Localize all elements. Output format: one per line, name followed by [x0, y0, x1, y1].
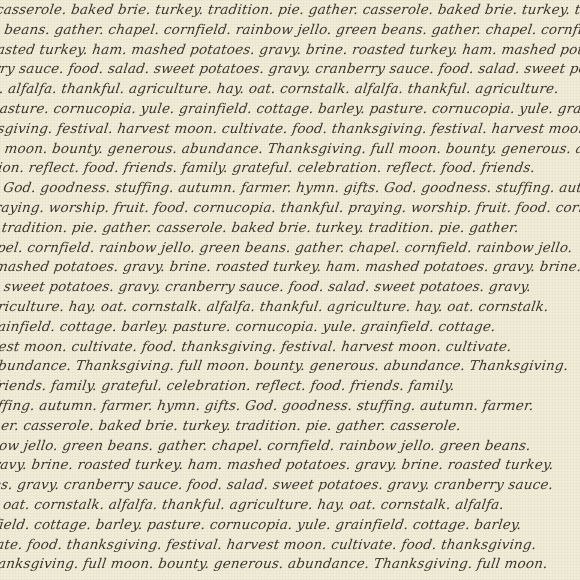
script-text-row: field. cottage. barley. pasture. cornuco… — [0, 517, 523, 533]
script-text-row: Thanksgiving. full moon. bounty. generou… — [0, 556, 549, 572]
script-text-row: rainbow jello. green beans. gather. chap… — [0, 438, 532, 454]
script-text-row: potatoes. gravy. cranberry sauce. food. … — [0, 477, 554, 493]
script-text-row: gravy. brine. roasted turkey. ham. mashe… — [0, 457, 555, 473]
script-text-row: food. friends. family. grateful. celebra… — [0, 378, 456, 394]
script-text-row: full moon. bounty. generous. abundance. … — [0, 141, 580, 157]
script-text-row: agriculture. hay. oat. cornstalk. alfalf… — [0, 299, 550, 315]
script-text-row: casserole. baked brie. turkey. tradition… — [0, 2, 580, 18]
script-text-row: salad. sweet potatoes. gravy. cranberry … — [0, 279, 532, 295]
script-text-row: Thanksgiving. festival. harvest moon. cu… — [0, 121, 580, 137]
script-text-row: green beans. gather. chapel. cornfield. … — [0, 22, 580, 38]
fabric-script-print: casserole. baked brie. turkey. tradition… — [0, 0, 580, 580]
script-text-row: praying. worship. fruit. food. cornucopi… — [0, 200, 580, 216]
script-text-row: mashed potatoes. gravy. brine. roasted t… — [0, 259, 580, 275]
script-text-row: yule. grainfield. cottage. barley. pastu… — [0, 319, 497, 335]
script-text-row: celebration. reflect. food. friends. fam… — [0, 160, 536, 176]
script-text-row: roasted turkey. ham. mashed potatoes. gr… — [0, 42, 580, 58]
script-text-row: turkey. tradition. pie. gather. casserol… — [0, 220, 520, 236]
script-text-row: cultivate. food. thanksgiving. festival.… — [0, 537, 537, 553]
script-text-row: gifts. God. goodness. stuffing. autumn. … — [0, 180, 580, 196]
script-text-row: hay. oat. cornstalk. alfalfa. thankful. … — [0, 497, 505, 513]
script-text-row: field. alfalfa. thankful. agriculture. h… — [0, 81, 560, 97]
script-text-row: harvest moon. cultivate. food. thanksgiv… — [0, 339, 513, 355]
script-text-row: cranberry sauce. food. salad. sweet pota… — [0, 61, 580, 77]
script-text-row: pasture. cornucopia. yule. grainfield. c… — [0, 101, 580, 117]
script-text-row: stuffing. autumn. farmer. hymn. gifts. G… — [0, 398, 535, 414]
script-text-row: pie. gather. casserole. baked brie. turk… — [0, 418, 462, 434]
script-text-row: chapel. cornfield. rainbow jello. green … — [0, 240, 574, 256]
script-text-row: abundance. Thanksgiving. full moon. boun… — [0, 358, 569, 374]
